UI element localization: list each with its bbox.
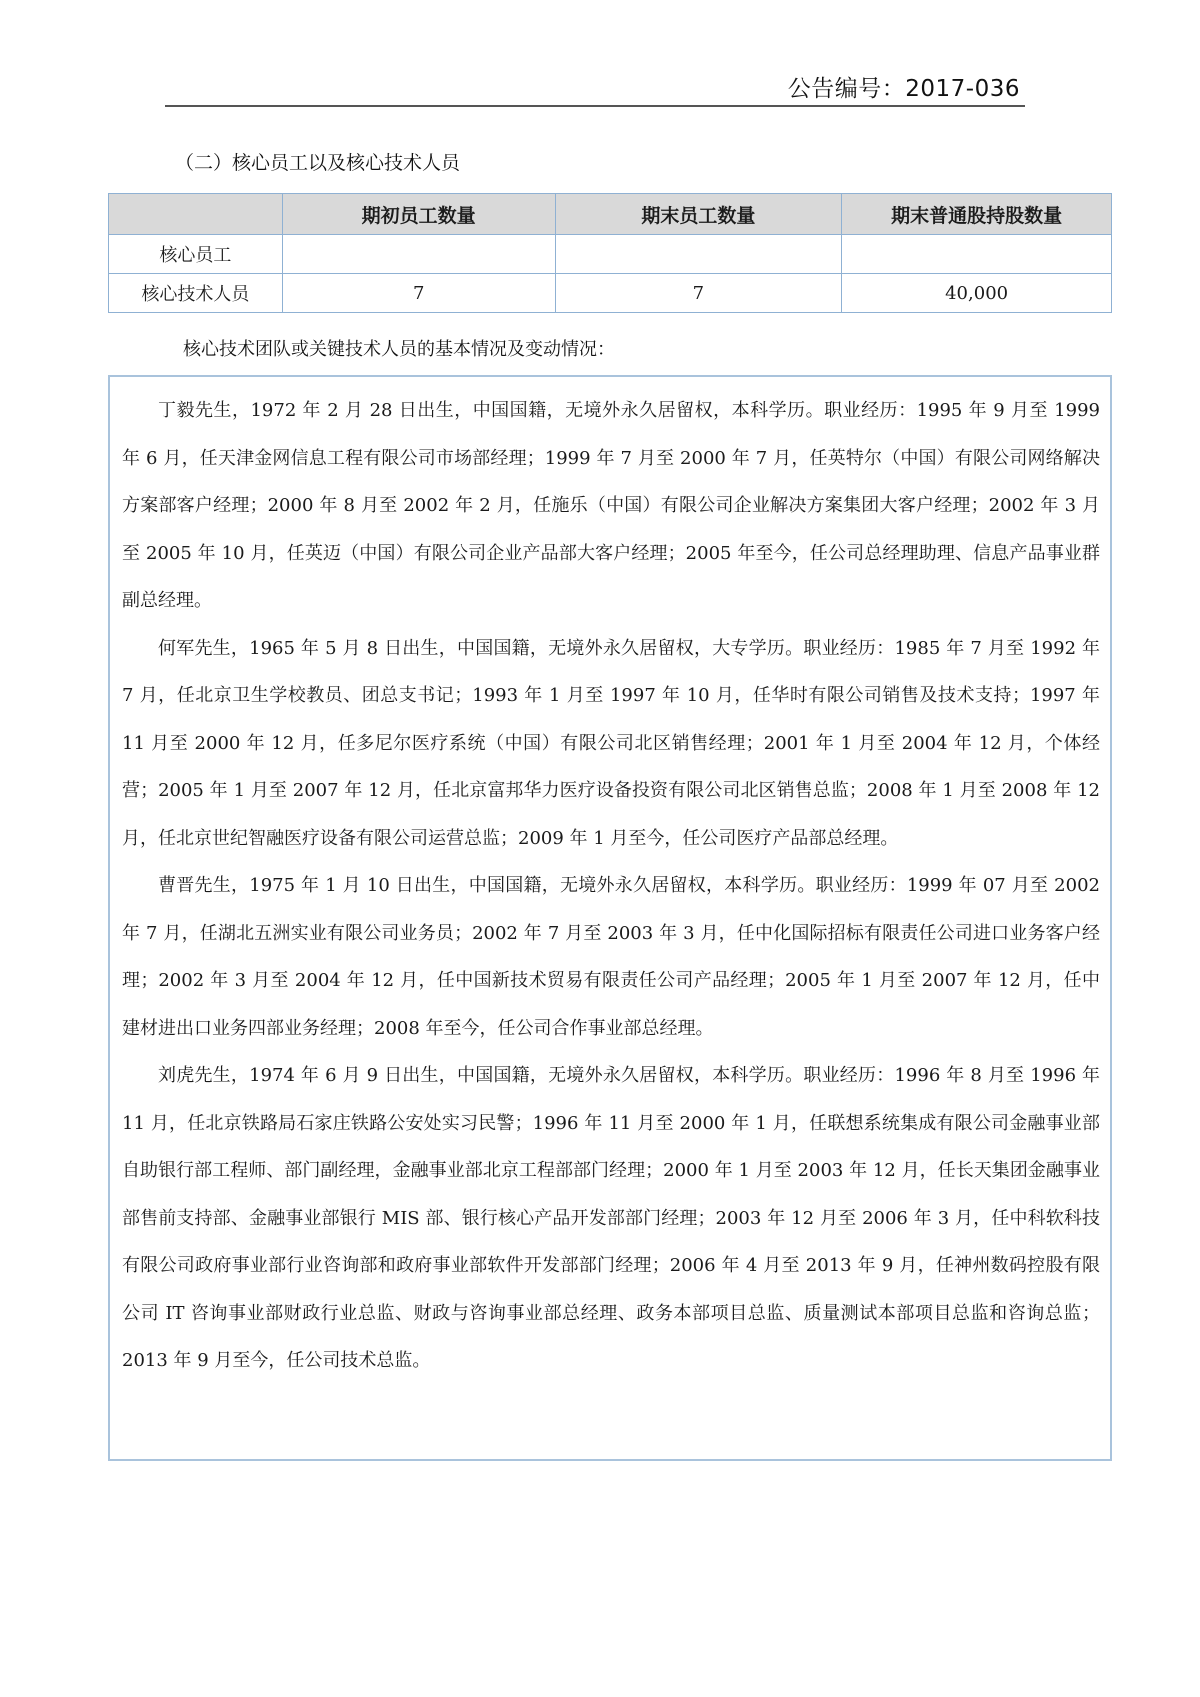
bio-paragraph-he-jun: 何军先生，1965 年 5 月 8 日出生，中国国籍，无境外永久居留权，大专学历… (122, 625, 1100, 863)
row-end-count: 7 (555, 274, 842, 313)
header-divider (165, 105, 1025, 107)
row-start-count (282, 235, 555, 274)
column-header-end-count: 期末员工数量 (555, 194, 842, 235)
core-staff-table: 期初员工数量 期末员工数量 期末普通股持股数量 核心员工 核心技术人员 7 7 … (108, 193, 1112, 313)
bio-paragraph-ding-yi: 丁毅先生，1972 年 2 月 28 日出生，中国国籍，无境外永久居留权，本科学… (122, 387, 1100, 625)
table-header-row: 期初员工数量 期末员工数量 期末普通股持股数量 (109, 194, 1112, 235)
bio-paragraph-liu-hu: 刘虎先生，1974 年 6 月 9 日出生，中国国籍，无境外永久居留权，本科学历… (122, 1052, 1100, 1385)
table-row: 核心员工 (109, 235, 1112, 274)
column-header-end-shares: 期末普通股持股数量 (842, 194, 1112, 235)
bio-box: 丁毅先生，1972 年 2 月 28 日出生，中国国籍，无境外永久居留权，本科学… (108, 375, 1112, 1461)
row-end-shares (842, 235, 1112, 274)
row-end-count (555, 235, 842, 274)
column-header-start-count: 期初员工数量 (282, 194, 555, 235)
row-category: 核心员工 (109, 235, 283, 274)
announcement-code: 公告编号：2017-036 (788, 70, 1020, 103)
row-category: 核心技术人员 (109, 274, 283, 313)
team-section-label: 核心技术团队或关键技术人员的基本情况及变动情况： (183, 335, 615, 361)
column-header-category (109, 194, 283, 235)
section-title: （二）核心员工以及核心技术人员 (175, 148, 460, 175)
row-end-shares: 40,000 (842, 274, 1112, 313)
row-start-count: 7 (282, 274, 555, 313)
bio-paragraph-cao-jin: 曹晋先生，1975 年 1 月 10 日出生，中国国籍，无境外永久居留权，本科学… (122, 862, 1100, 1052)
table-row: 核心技术人员 7 7 40,000 (109, 274, 1112, 313)
